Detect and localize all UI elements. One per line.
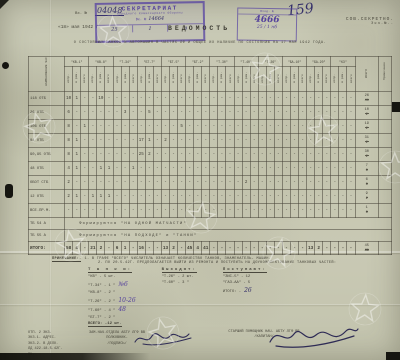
cell-note [378,134,391,148]
cell-value: 45 [186,242,194,255]
cell-value: - [282,134,290,148]
cell-value: - [331,190,339,204]
cell-value: - [73,120,81,134]
cell-value: - [258,148,266,162]
col-sub-header: всего [129,67,137,92]
cell-value: - [347,242,355,255]
cell-value: - [113,148,121,162]
cell-value: - [129,92,137,106]
cell-value: - [113,190,121,204]
cell-value: - [274,162,282,176]
cell-value: - [186,106,194,120]
col-sub-header: в рем. [97,67,105,92]
document-title: ВЕДОМОСТЬ [168,25,230,32]
signature-right-autograph [268,322,360,350]
cell-value: - [291,120,299,134]
cell-value: - [282,190,290,204]
cell-value: - [89,204,97,218]
tank-list-item: "Т-26" - 2 "10-26 [88,296,136,306]
cell-value: - [210,242,218,255]
cell-total: 4541 [355,242,378,255]
cell-note [378,92,391,106]
cell-value: - [307,176,315,190]
cell-total: 302 [355,148,378,162]
cell-value: - [274,120,282,134]
cell-value: - [250,162,258,176]
copy-number: Экз.№.. [346,22,394,26]
cell-value: - [81,106,89,120]
star-watermark-icon [259,233,299,273]
cell-value: - [202,176,210,190]
scan-artifact-corner-br [386,352,400,360]
cell-value: - [137,204,145,218]
cell-total: 66 [355,176,378,190]
col-sub-header: в рем. [121,67,129,92]
row-label-unit: ОБОТ СТБ [29,176,65,190]
cell-value: - [234,106,242,120]
scan-artifact-blob [5,184,13,198]
col-sub-header: испр. [331,67,339,92]
cell-value: - [105,242,113,255]
cell-value: - [323,190,331,204]
cell-value: - [97,204,105,218]
cell-value: - [218,148,226,162]
cell-value: 4 [194,242,202,255]
cell-value: - [339,190,347,204]
cell-value: 4 [65,162,73,176]
col-header-units: НАИМЕНОВАНИЕ ЧАСТЕЙ [29,57,65,92]
cell-value: - [339,92,347,106]
star-watermark-icon [95,13,130,48]
cell-value: - [242,106,250,120]
cell-value: - [315,190,323,204]
cell-value: 6 [113,242,121,255]
cell-value: - [178,190,186,204]
cell-value: - [315,162,323,176]
cell-value: 8 [65,134,73,148]
col-sub-header: в рем. [339,67,347,92]
cell-value: - [202,148,210,162]
cell-value: 10 [97,92,105,106]
cell-value: - [274,148,282,162]
cell-value: - [226,162,234,176]
col-sub-header: испр. [186,67,194,92]
cell-value: - [291,176,299,190]
cell-value: - [105,204,113,218]
cell-value: 10 [65,92,73,106]
cell-value: 5 [178,120,186,134]
scan-artifact-hole [2,62,9,69]
notes-block: ПРИМЕЧАНИЕ:-1. В ГРАФЕ "ВСЕГО" ЧИСЛИТЕЛЬ… [52,257,336,327]
cell-value: - [161,92,169,106]
cell-value: - [347,176,355,190]
tank-list-item: "Т-34" - 1 "№6 [88,280,136,290]
col-header-note: Примечание [378,57,391,92]
cell-value: - [202,120,210,134]
col-sub-header: всего [347,67,355,92]
col-group-header: "БА-10" [282,57,306,67]
cell-value: - [307,190,315,204]
cell-value: - [274,204,282,218]
cell-value: - [258,134,266,148]
cell-value: - [194,162,202,176]
cell-value: - [153,204,161,218]
cell-value: - [258,204,266,218]
cell-value: - [137,120,145,134]
right-total-handwritten: 26 [244,287,252,294]
cell-value: - [129,204,137,218]
cell-value: - [266,176,274,190]
cell-value: - [291,204,299,218]
cell-value: - [113,176,121,190]
cell-value: - [210,134,218,148]
cell-value: - [186,148,194,162]
cell-value: - [194,134,202,148]
cell-value: - [226,106,234,120]
cell-value: - [137,162,145,176]
cell-value: - [186,120,194,134]
cell-value: - [258,106,266,120]
stamp-vhod-number: 14664 [148,16,164,22]
cell-value: - [339,162,347,176]
cell-value: - [242,120,250,134]
cell-value: - [89,162,97,176]
cell-value: - [161,106,169,120]
repair-out-heading: Выходят: [162,268,197,273]
cell-value: - [347,106,355,120]
cell-value: - [234,134,242,148]
cell-value: - [218,106,226,120]
cell-value: 1 [73,92,81,106]
cell-note [378,106,391,120]
row-label-unit: 48 ОТБ [29,162,65,176]
handwritten-annotation: 48 [118,306,126,313]
cell-value: - [153,176,161,190]
cell-value: - [161,204,169,218]
row-label-unit: 12 ОТБ [29,190,65,204]
cell-note [378,242,391,255]
cell-value: - [178,162,186,176]
cell-value: - [339,242,347,255]
cell-value: - [331,148,339,162]
cell-value: 8 [65,120,73,134]
col-sub-header: в рем. [315,67,323,92]
cell-value: - [315,92,323,106]
cell-value: - [161,120,169,134]
cell-value: 1 [129,162,137,176]
col-group-header: "КЗ" [331,57,355,67]
cell-value: - [129,148,137,162]
cell-value: - [153,92,161,106]
cell-value: - [234,204,242,218]
document-page: Вх. № 04048 «18» мая 1942 г. СЕКРЕТАРИАТ… [0,0,400,360]
cell-value: - [178,176,186,190]
cell-value: - [81,204,89,218]
cell-value: - [299,162,307,176]
cell-value: 25 [137,148,145,162]
cell-value: - [226,176,234,190]
repair-out-item: "Т-60" - 3 " [162,280,197,286]
cell-value: - [323,92,331,106]
col-group-header: "БТ-7" [137,57,161,67]
cell-value: - [186,162,194,176]
cell-value: - [97,106,105,120]
stamp-date-cell: 1 [133,25,169,33]
cell-value: - [226,134,234,148]
tanks-total: ВСЕГО: -12 шт. [88,322,122,327]
cell-value: 5 [145,106,153,120]
cell-value: - [226,204,234,218]
cell-value: - [121,134,129,148]
cell-value: - [226,242,234,255]
cell-value: - [170,204,178,218]
cell-value: - [170,190,178,204]
cell-value: - [153,120,161,134]
cell-value: - [145,242,153,255]
cell-value: - [186,134,194,148]
cell-value: - [113,106,121,120]
cell-value: - [331,92,339,106]
cell-value: - [323,242,331,255]
cell-value: 1 [121,242,129,255]
cell-value: - [242,242,250,255]
cell-value: - [81,134,89,148]
cell-total: 16 [355,204,378,218]
cell-note [378,190,391,204]
cell-value: 8 [65,148,73,162]
cell-value: - [121,162,129,176]
cell-value: - [307,204,315,218]
cell-value: - [331,242,339,255]
cell-value: 13 [307,242,315,255]
cell-note [378,120,391,134]
cell-value: - [113,162,121,176]
cell-value: - [97,148,105,162]
cell-value: - [282,204,290,218]
col-sub-header: всего [323,67,331,92]
col-group-header: "БА-20" [307,57,331,67]
cell-value: 17 [137,134,145,148]
cell-value: - [129,176,137,190]
cell-value: - [178,134,186,148]
cell-value: - [170,162,178,176]
cell-value: 2 [315,242,323,255]
cell-value: - [153,190,161,204]
cell-value: - [274,92,282,106]
cell-value: - [218,120,226,134]
forming-note: Формируются "НА ОДНОЙ МАТЧАСТИ" [65,218,392,230]
col-sub-header: испр. [65,67,73,92]
cell-value: - [242,148,250,162]
cell-value: - [339,148,347,162]
cell-value: - [323,204,331,218]
cell-value: - [347,134,355,148]
cell-value: - [323,176,331,190]
cell-value: - [170,134,178,148]
cell-value: - [274,190,282,204]
cell-value: - [153,162,161,176]
cell-value: 16 [137,242,145,255]
cell-value: - [145,120,153,134]
cell-value: - [234,190,242,204]
cell-value: - [65,204,73,218]
row-label-unit: ТБ 54 А [29,218,65,230]
cell-value: - [291,134,299,148]
cell-value: - [129,120,137,134]
cell-value: 2 [65,176,73,190]
cell-value: - [89,120,97,134]
tank-list-item: "Т-60" - 4 "48 [88,305,136,315]
cell-value: - [266,190,274,204]
cell-value: - [234,162,242,176]
cell-value: - [89,92,97,106]
cell-value: - [226,190,234,204]
cell-value: - [81,162,89,176]
cell-value: - [250,176,258,190]
cell-value: - [89,134,97,148]
incoming-number-label: Вх. № [75,12,87,16]
cell-value: 1 [105,190,113,204]
cell-value: 1 [97,190,105,204]
star-watermark-icon [245,49,285,89]
cell-value: - [121,204,129,218]
cell-value: - [242,92,250,106]
row-label-unit: 118 ОТБ [29,92,65,106]
col-sub-header: испр. [113,67,121,92]
cell-value: - [97,176,105,190]
cell-value: - [291,162,299,176]
tanks-list: Т а н к и: "КВ" - 5 шт."Т-34" - 1 "№6"КВ… [88,268,136,327]
cell-value: - [266,92,274,106]
cell-value: - [331,176,339,190]
cell-value: - [178,148,186,162]
col-sub-header: в рем. [145,67,153,92]
cell-value: - [218,242,226,255]
cell-value: - [121,148,129,162]
col-sub-header: всего [226,67,234,92]
cell-value: - [234,120,242,134]
cell-value: - [299,242,307,255]
cell-value: - [105,92,113,106]
cell-value: - [73,204,81,218]
cell-value: - [129,242,137,255]
cell-value: - [121,190,129,204]
cell-value: - [161,176,169,190]
forming-note: Формируются "НА ПОДХОДЕ" и "ТАНКИ" [65,230,392,242]
cell-value: - [194,120,202,134]
cell-value: - [258,92,266,106]
cell-value: - [250,120,258,134]
cell-value: - [299,204,307,218]
cell-value: - [250,148,258,162]
cell-value: - [186,176,194,190]
cell-value: - [105,134,113,148]
row-label-unit: 90,95 ОТБ [29,148,65,162]
col-group-header: "БТ-5" [161,57,185,67]
cell-value: - [170,120,178,134]
cell-value: - [129,190,137,204]
cell-value: - [153,242,161,255]
cell-value: - [299,176,307,190]
scan-artifact-edge [392,102,400,112]
note-item-2: 2. ПО 20.5.42Г. ПРЕДПОЛАГАЕТСЯ ВЫЙТИ ИЗ … [98,261,336,265]
cell-value: 2 [65,190,73,204]
col-sub-header: в рем. [218,67,226,92]
cell-value: - [307,92,315,106]
star-watermark-icon [304,112,341,149]
cell-value: 1 [73,190,81,204]
cell-value: - [178,106,186,120]
cell-value: - [250,92,258,106]
cell-value: - [299,190,307,204]
cell-value: - [105,176,113,190]
tanks-heading: Т а н к и: [88,268,132,273]
col-header-total: ВСЕГО [355,57,378,92]
star-watermark-icon [182,198,220,236]
cell-value: - [137,190,145,204]
cell-total: 192 [355,120,378,134]
cell-value: - [137,106,145,120]
col-group-header: "БТ-2" [186,57,210,67]
cell-value: - [161,190,169,204]
cell-value: - [339,106,347,120]
cell-value: - [258,162,266,176]
cell-value: 41 [202,242,210,255]
cell-value: - [315,148,323,162]
cell-total: 2641 [355,92,378,106]
cell-value: - [218,92,226,106]
cell-value: - [347,148,355,162]
cell-value: - [266,106,274,120]
cell-value: - [282,92,290,106]
cell-value: - [137,92,145,106]
cell-value: - [242,190,250,204]
cell-value: - [266,204,274,218]
cell-value: - [234,148,242,162]
cell-value: - [234,176,242,190]
cell-value: - [315,176,323,190]
cell-value: - [153,134,161,148]
cell-value: - [194,106,202,120]
cell-value: 1 [145,134,153,148]
cell-value: - [331,162,339,176]
cell-value: - [170,106,178,120]
cell-value: 2 [170,242,178,255]
cell-value: - [121,176,129,190]
cell-value: - [291,148,299,162]
cell-total: 312 [355,134,378,148]
col-sub-header: испр. [307,67,315,92]
cell-value: - [202,134,210,148]
cell-value: - [81,92,89,106]
cell-value: - [89,148,97,162]
cell-value: 2 [145,148,153,162]
cell-value: - [218,162,226,176]
cell-value: - [291,106,299,120]
cell-value: - [282,120,290,134]
cell-value: - [266,148,274,162]
cell-value: - [161,148,169,162]
cell-value: - [250,190,258,204]
cell-value: - [186,92,194,106]
cell-value: 1 [73,134,81,148]
handwritten-annotation: 10-26 [118,297,135,304]
cell-value: - [202,162,210,176]
star-watermark-icon [51,225,90,264]
cell-value: - [347,204,355,218]
col-group-header: "КВ-8" [89,57,113,67]
cell-value: - [347,120,355,134]
